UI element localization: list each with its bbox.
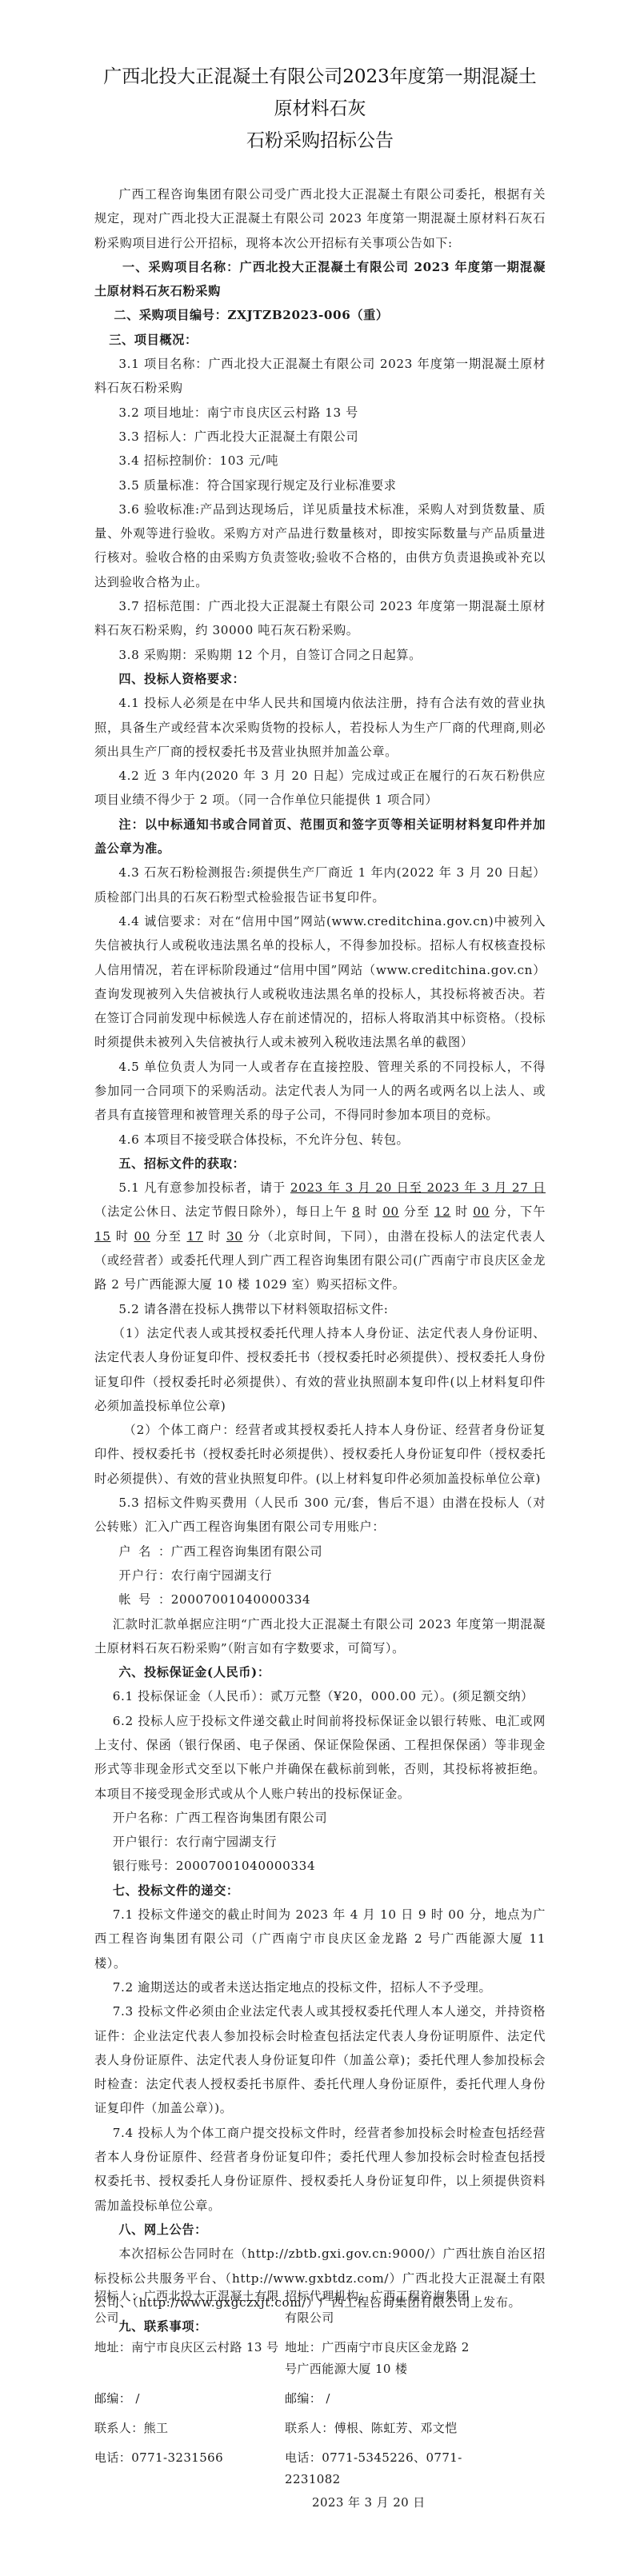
sale-date-range: 2023 年 3 月 20 日至 2023 年 3 月 27 日 xyxy=(290,1180,546,1195)
item-7-2: 7.2 逾期送达的或者未送达指定地点的投标文件，招标人不予受理。 xyxy=(94,1975,546,1999)
intro-paragraph: 广西工程咨询集团有限公司受广西北投大正混凝土有限公司委托，根据有关规定，现对广西… xyxy=(94,182,546,255)
agency-name: 招标代理机构：广西工程咨询集团有限公司 xyxy=(285,2286,474,2329)
item-3-1: 3.1 项目名称：广西北投大正混凝土有限公司 2023 年度第一期混凝土原材料石… xyxy=(94,352,546,401)
section-3-heading: 三、项目概况： xyxy=(94,328,546,352)
item-3-6: 3.6 验收标准:产品到达现场后，详见质量技术标准，采购人对到货数量、质量、外观… xyxy=(94,497,546,594)
title-line-2: 石粉采购招标公告 xyxy=(94,125,546,157)
account-name-row: 户名：广西工程咨询集团有限公司 xyxy=(94,1540,546,1564)
item-5-2-2: （2）个体工商户：经营者或其授权委托人持本人身份证、经营者身份证复印件、授权委托… xyxy=(94,1418,546,1491)
section-4-heading: 四、投标人资格要求： xyxy=(94,667,546,691)
section-6-heading: 六、投标保证金(人民币)： xyxy=(94,1660,546,1684)
account-number: 20007001040000334 xyxy=(171,1592,310,1607)
document-page: 广西北投大正混凝土有限公司2023年度第一期混凝土原材料石灰 石粉采购招标公告 … xyxy=(94,0,546,2338)
deposit-account-name: 开户名称：广西工程咨询集团有限公司 xyxy=(94,1806,546,1830)
item-5-2-1: （1）法定代表人或其授权委托代理人持本人身份证、法定代表人身份证明、法定代表人身… xyxy=(94,1321,546,1418)
tenderer-address: 地址：南宁市良庆区云村路 13 号 xyxy=(94,2337,285,2380)
section-5-heading: 五、招标文件的获取： xyxy=(94,1152,546,1176)
account-name: 广西工程咨询集团有限公司 xyxy=(171,1544,322,1559)
item-4-4: 4.4 诚信要求：对在“信用中国”网站(www.creditchina.gov.… xyxy=(94,909,546,1055)
contact-org-row: 招标人：广西北投大正混凝土有限公司 招标代理机构：广西工程咨询集团有限公司 xyxy=(94,2286,542,2329)
deposit-account-bank: 开户银行：农行南宁园湖支行 xyxy=(94,1830,546,1854)
agency-address: 地址：广西南宁市良庆区金龙路 2 号广西能源大厦 10 楼 xyxy=(285,2337,474,2380)
tenderer-contact: 联系人：熊工 xyxy=(94,2418,285,2439)
remittance-note: 汇款时汇款单据应注明“广西北投大正混凝土有限公司 2023 年度第一期混凝土原材… xyxy=(94,1612,546,1661)
title-line-1: 广西北投大正混凝土有限公司2023年度第一期混凝土原材料石灰 xyxy=(103,66,537,119)
item-5-3: 5.3 招标文件购买费用（人民币 300 元/套，售后不退）由潜在投标人（对公转… xyxy=(94,1491,546,1540)
account-bank-row: 开户行：农行南宁园湖支行 xyxy=(94,1564,546,1588)
contact-person-row: 联系人：熊工 联系人：傅根、陈虹芳、邓文恺 xyxy=(94,2418,542,2439)
item-4-5: 4.5 单位负责人为同一人或者存在直接控股、管理关系的不同投标人，不得参加同一合… xyxy=(94,1055,546,1128)
item-4-3: 4.3 石灰石粉检测报告:须提供生产厂商近 1 年内(2022 年 3 月 20… xyxy=(94,861,546,909)
account-number-row: 帐号：20007001040000334 xyxy=(94,1588,546,1611)
item-5-2: 5.2 请各潜在投标人携带以下材料领取招标文件: xyxy=(94,1297,546,1321)
item-3-4: 3.4 招标控制价：103 元/吨 xyxy=(94,449,546,473)
issue-date: 2023 年 3 月 20 日 xyxy=(312,2494,426,2510)
agency-postcode: 邮编： / xyxy=(285,2388,474,2410)
tenderer-phone: 电话：0771-3231566 xyxy=(94,2447,285,2490)
item-3-7: 3.7 招标范围：广西北投大正混凝土有限公司 2023 年度第一期混凝土原材料石… xyxy=(94,594,546,643)
contact-postcode-row: 邮编： / 邮编： / xyxy=(94,2388,542,2410)
item-4-2: 4.2 近 3 年内(2020 年 3 月 20 日起）完成过或正在履行的石灰石… xyxy=(94,764,546,813)
contact-address-row: 地址：南宁市良庆区云村路 13 号 地址：广西南宁市良庆区金龙路 2 号广西能源… xyxy=(94,2337,542,2380)
item-4-1: 4.1 投标人必须是在中华人民共和国境内依法注册，持有合法有效的营业执照，具备生… xyxy=(94,691,546,764)
tenderer-postcode: 邮编： / xyxy=(94,2388,285,2410)
item-6-1: 6.1 投标保证金（人民币）：贰万元整（¥20，000.00 元）。(须足额交纳… xyxy=(94,1684,546,1708)
section-7-heading: 七、投标文件的递交： xyxy=(94,1879,546,1903)
item-7-3: 7.3 投标文件必须由企业法定代表人或其授权委托代理人本人递交，并持资格证件：企… xyxy=(94,1999,546,2120)
contact-phone-row: 电话：0771-3231566 电话：0771-5345226、0771-223… xyxy=(94,2447,542,2490)
contact-block: 招标人：广西北投大正混凝土有限公司 招标代理机构：广西工程咨询集团有限公司 地址… xyxy=(94,2286,542,2498)
deposit-account-number: 银行账号：20007001040000334 xyxy=(94,1854,546,1878)
item-3-8: 3.8 采购期：采购期 12 个月，自签订合同之日起算。 xyxy=(94,643,546,667)
section-2-heading: 二、采购项目编号：ZXJTZB2023-006（重） xyxy=(94,303,546,327)
item-4-6: 4.6 本项目不接受联合体投标，不允许分包、转包。 xyxy=(94,1128,546,1152)
tenderer-name: 招标人：广西北投大正混凝土有限公司 xyxy=(94,2286,285,2329)
item-5-1: 5.1 凡有意参加投标者，请于 2023 年 3 月 20 日至 2023 年 … xyxy=(94,1176,546,1296)
agency-phone: 电话：0771-5345226、0771-2231082 xyxy=(285,2447,474,2490)
section-1-heading: 一、采购项目名称：广西北投大正混凝土有限公司 2023 年度第一期混凝土原材料石… xyxy=(94,255,546,304)
section-4-note: 注：以中标通知书或合同首页、范围页和签字页等相关证明材料复印件并加盖公章为准。 xyxy=(94,813,546,861)
account-bank: 农行南宁园湖支行 xyxy=(171,1568,272,1583)
section-8-heading: 八、网上公告： xyxy=(94,2218,546,2242)
item-3-2: 3.2 项目地址：南宁市良庆区云村路 13 号 xyxy=(94,401,546,425)
item-6-2: 6.2 投标人应于投标文件递交截止时间前将投标保证金以银行转账、电汇或网上支付、… xyxy=(94,1709,546,1806)
item-7-4: 7.4 投标人为个体工商户提交投标文件时，经营者参加投标会时检查包括经营者本人身… xyxy=(94,2121,546,2218)
document-body: 广西工程咨询集团有限公司受广西北投大正混凝土有限公司委托，根据有关规定，现对广西… xyxy=(94,182,546,2338)
item-7-1: 7.1 投标文件递交的截止时间为 2023 年 4 月 10 日 9 时 00 … xyxy=(94,1903,546,1975)
agency-contact: 联系人：傅根、陈虹芳、邓文恺 xyxy=(285,2418,474,2439)
item-3-5: 3.5 质量标准：符合国家现行规定及行业标准要求 xyxy=(94,473,546,497)
item-3-3: 3.3 招标人：广西北投大正混凝土有限公司 xyxy=(94,425,546,449)
document-title: 广西北投大正混凝土有限公司2023年度第一期混凝土原材料石灰 石粉采购招标公告 xyxy=(94,61,546,157)
